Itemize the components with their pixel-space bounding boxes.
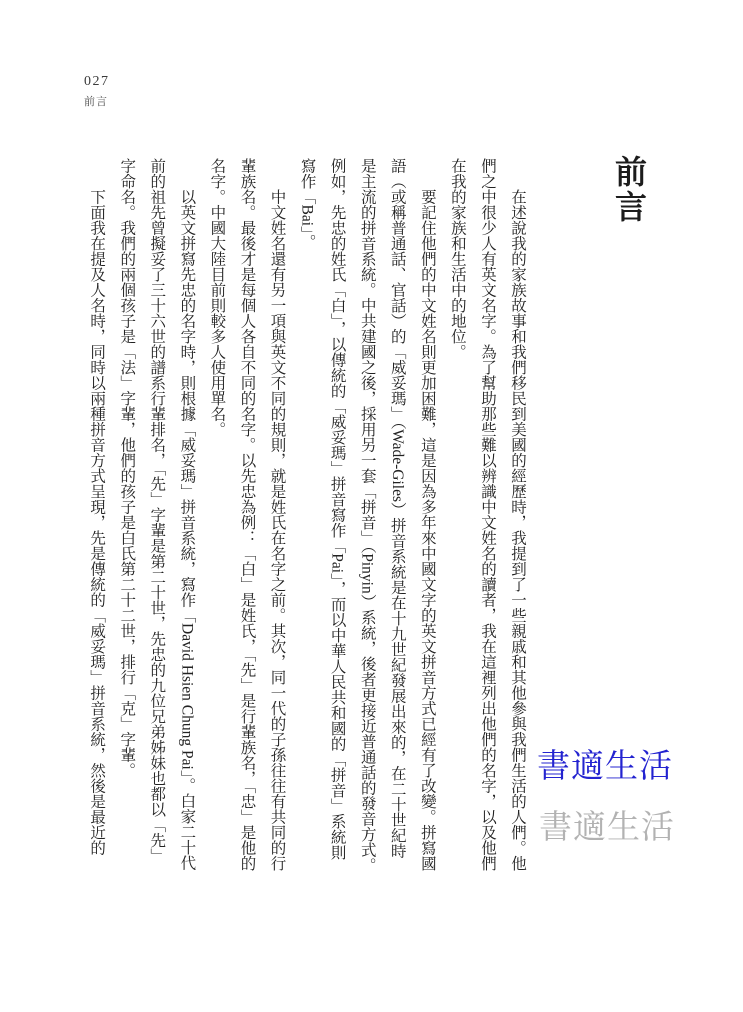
watermark-blue: 書適生活	[537, 751, 673, 784]
paragraph-1: 在述說我的家族故事和我們移民到美國的經歷時，我提到了一些親戚和其他參與我們生活的…	[442, 158, 532, 874]
body-text: 在述說我的家族故事和我們移民到美國的經歷時，我提到了一些親戚和其他參與我們生活的…	[40, 158, 532, 874]
paragraph-2: 要記住他們的中文姓名則更加困難，這是因為多年來中國文字的英文拼音方式已經有了改變…	[292, 158, 442, 874]
running-header: 027 前言	[84, 74, 110, 109]
chapter-title: 前言	[606, 155, 652, 225]
book-page: 027 前言 前言 在述說我的家族故事和我們移民到美國的經歷時，我提到了一些親戚…	[0, 0, 743, 1012]
paragraph-5: 下面我在提及人名時，同時以兩種拼音方式呈現，先是傳統的「威妥瑪」拼音系統，然後是…	[81, 158, 111, 874]
page-number: 027	[84, 74, 110, 90]
paragraph-3: 中文姓名還有另一項與英文不同的規則，就是姓氏在名字之前。其次，同一代的子孫往往有…	[201, 158, 291, 874]
paragraph-4: 以英文拼寫先忠的名字時，則根據「威妥瑪」拼音系統，寫作「David Hsien …	[111, 158, 201, 874]
watermark-gray: 書適生活	[539, 812, 675, 845]
running-header-section: 前言	[84, 93, 110, 109]
